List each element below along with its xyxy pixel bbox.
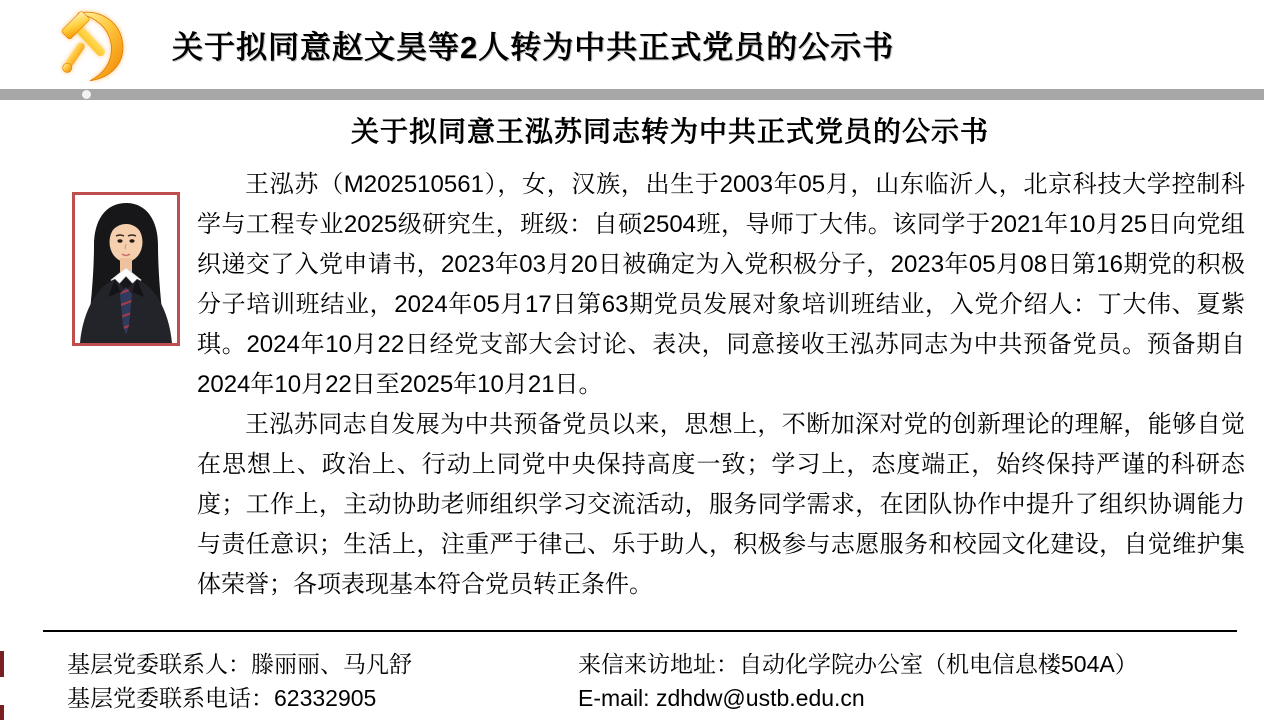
left-edge-accent-top	[0, 651, 4, 677]
visit-address: 来信来访地址：自动化学院办公室（机电信息楼504A）	[578, 647, 1138, 681]
party-emblem-icon	[52, 2, 128, 88]
notice-body-text: 王泓苏（M202510561），女，汉族，出生于2003年05月，山东临沂人，北…	[197, 165, 1245, 605]
portrait-photo	[72, 192, 180, 346]
header-title: 关于拟同意赵文昊等2人转为中共正式党员的公示书	[172, 0, 894, 89]
contact-person: 基层党委联系人：滕丽丽、马凡舒	[67, 647, 412, 681]
notice-title: 关于拟同意王泓苏同志转为中共正式党员的公示书	[60, 110, 1280, 150]
notice-paragraph-2: 王泓苏同志自发展为中共预备党员以来，思想上，不断加深对党的创新理论的理解，能够自…	[197, 405, 1245, 605]
footer-right-column: 来信来访地址：自动化学院办公室（机电信息楼504A） E-mail: zdhdw…	[578, 647, 1138, 715]
contact-phone: 基层党委联系电话：62332905	[67, 681, 412, 715]
footer-left-column: 基层党委联系人：滕丽丽、马凡舒 基层党委联系电话：62332905	[67, 647, 412, 715]
divider-dot	[82, 90, 91, 99]
notice-page: 关于拟同意赵文昊等2人转为中共正式党员的公示书 关于拟同意王泓苏同志转为中共正式…	[0, 0, 1280, 720]
footer-divider-line	[43, 630, 1237, 632]
contact-email: E-mail: zdhdw@ustb.edu.cn	[578, 681, 1138, 715]
header-divider-bar	[0, 89, 1264, 100]
page-header: 关于拟同意赵文昊等2人转为中共正式党员的公示书	[0, 0, 1280, 89]
notice-paragraph-1: 王泓苏（M202510561），女，汉族，出生于2003年05月，山东临沂人，北…	[197, 165, 1245, 405]
left-edge-accent-bottom	[0, 705, 4, 720]
